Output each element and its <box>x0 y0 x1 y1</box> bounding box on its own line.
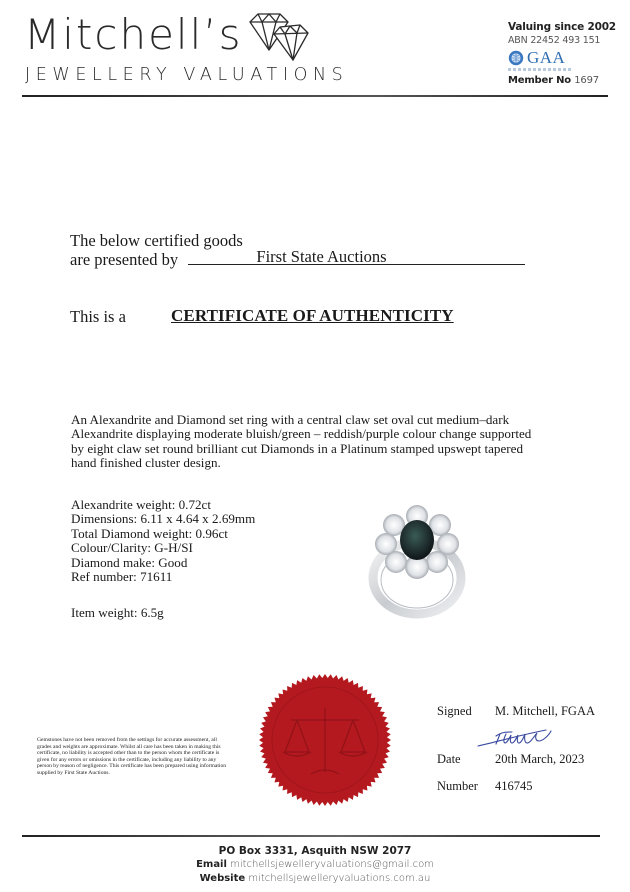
footer-website: Website mitchellsjewelleryvaluations.com… <box>0 874 630 884</box>
spec-item: Diamond make: Good <box>71 556 255 570</box>
brand-subtitle: JEWELLERY VALUATIONS <box>25 67 348 85</box>
spec-item: Alexandrite weight: 0.72ct <box>71 498 255 512</box>
brand-name: Mitchell’s <box>24 14 243 56</box>
header-divider <box>22 95 608 97</box>
certificate-prefix: This is a <box>70 307 126 327</box>
spec-item: Total Diamond weight: 0.96ct <box>71 527 255 541</box>
diamonds-icon <box>244 12 316 64</box>
signed-value: M. Mitchell, FGAA <box>495 704 595 718</box>
member-number: Member No 1697 <box>508 76 616 86</box>
valuing-since: Valuing since 2002 <box>508 22 616 33</box>
item-description: An Alexandrite and Diamond set ring with… <box>71 413 541 470</box>
date-label: Date <box>437 752 495 767</box>
gaa-logo: GAA <box>508 49 616 66</box>
spec-item: Colour/Clarity: G-H/SI <box>71 541 255 555</box>
scales-of-justice-seal-icon <box>255 670 395 810</box>
header-credentials: Valuing since 2002 ABN 22452 493 151 GAA… <box>508 22 616 86</box>
presenter-field: First State Auctions <box>188 248 525 265</box>
gaa-label: GAA <box>527 49 565 66</box>
date-row: Date20th March, 2023 <box>437 752 584 767</box>
number-row: Number416745 <box>437 779 533 794</box>
email-link[interactable]: mitchellsjewelleryvaluations@gmail.com <box>230 859 434 870</box>
abn-number: ABN 22452 493 151 <box>508 36 616 46</box>
footer-divider <box>22 835 600 837</box>
website-link[interactable]: mitchellsjewelleryvaluations.com.au <box>248 873 430 884</box>
gaa-tagline-decoration <box>508 68 572 71</box>
certificate-title: CERTIFICATE OF AUTHENTICITY <box>171 306 454 326</box>
spec-item: Ref number: 71611 <box>71 570 255 584</box>
number-label: Number <box>437 779 495 794</box>
spec-item: Dimensions: 6.11 x 4.64 x 2.69mm <box>71 512 255 526</box>
disclaimer-text: Gemstones have not been removed from the… <box>37 737 232 777</box>
signed-label: Signed <box>437 704 495 719</box>
item-weight: Item weight: 6.5g <box>71 605 164 621</box>
spec-list: Alexandrite weight: 0.72ct Dimensions: 6… <box>71 498 255 584</box>
footer-address: PO Box 3331, Asquith NSW 2077 <box>0 846 630 857</box>
presenter-name: First State Auctions <box>256 248 386 265</box>
footer-email: Email mitchellsjewelleryvaluations@gmail… <box>0 860 630 870</box>
globe-icon <box>508 50 524 66</box>
signed-row: SignedM. Mitchell, FGAA <box>437 704 595 719</box>
ring-photo <box>352 500 482 620</box>
number-value: 416745 <box>495 779 533 793</box>
handwritten-signature <box>476 726 556 748</box>
date-value: 20th March, 2023 <box>495 752 584 766</box>
